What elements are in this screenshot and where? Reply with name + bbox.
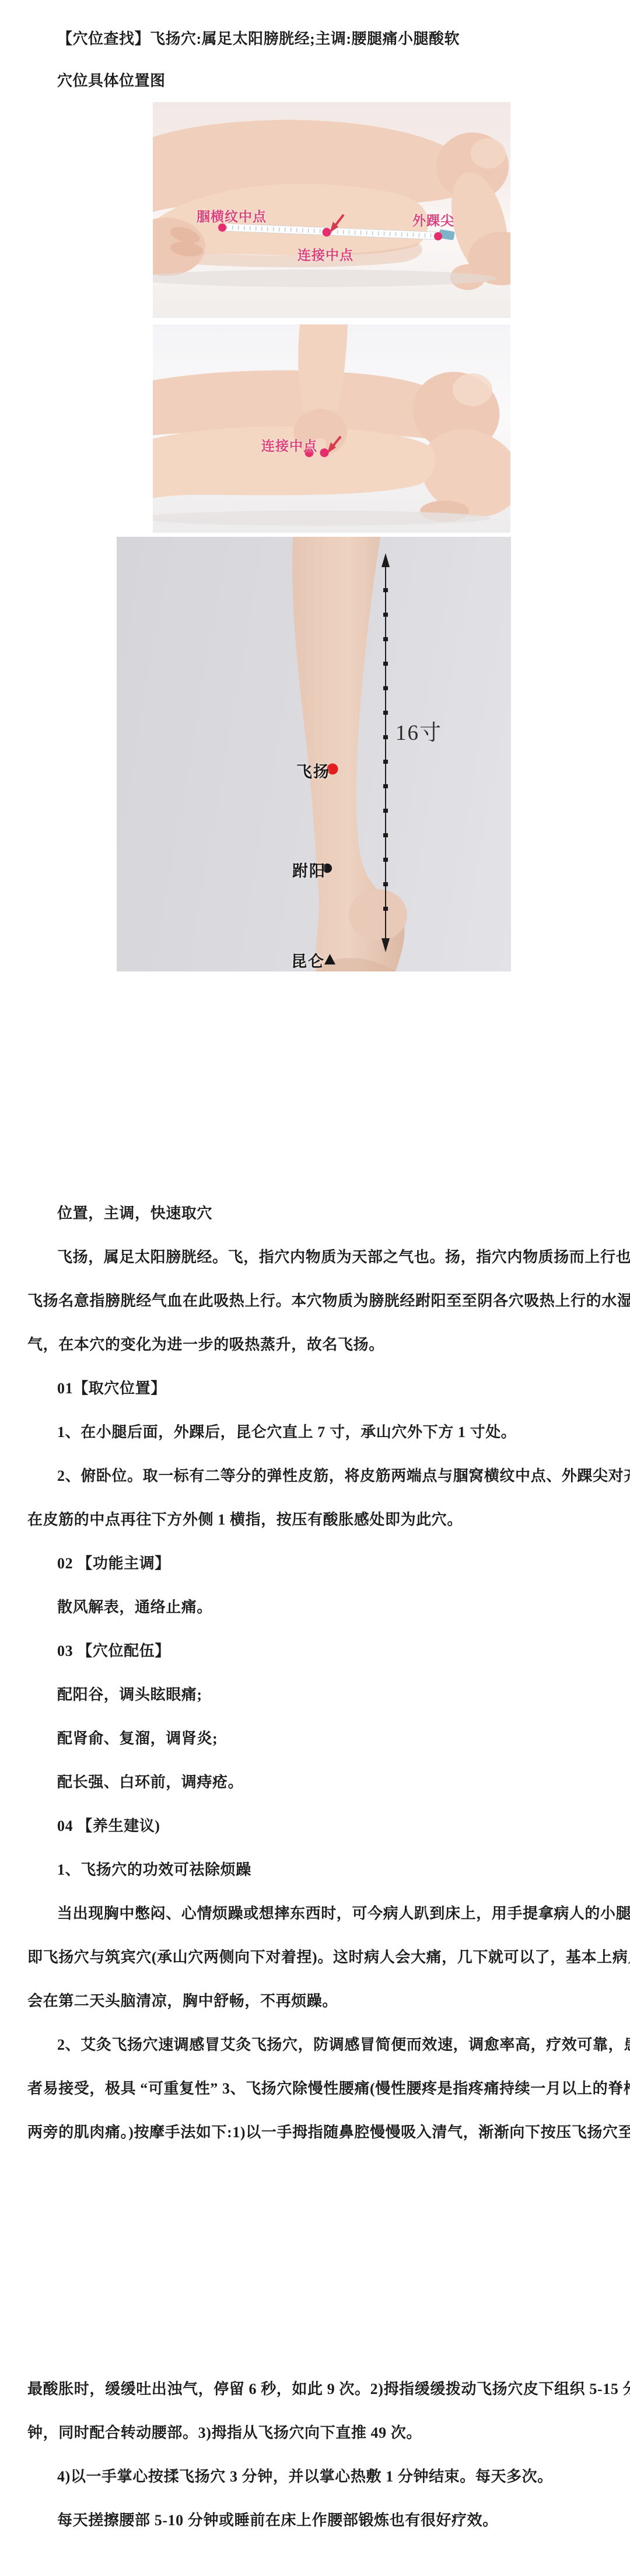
article-line: 配长强、白环前，调痔疮。: [57, 1770, 243, 1792]
article-line: 配肾俞、复溜，调肾炎;: [57, 1726, 218, 1748]
article-line: 02 【功能主调】: [57, 1551, 170, 1573]
figure-standing-leg-acupoints: 飞扬 跗阳 昆仑 16寸: [117, 537, 511, 971]
floor-shadow: [153, 270, 497, 287]
article-line: 配阳谷，调头眩眼痛;: [57, 1683, 202, 1704]
article-line: 1、飞扬穴的功效可祛除烦躁: [57, 1858, 251, 1879]
label-kunlun-point: 昆仑: [291, 949, 325, 971]
article-line: 当出现胸中憋闷、心情烦躁或想摔东西时，可今病人趴到床上，用手提拿病人的小腿肚，: [57, 1902, 630, 1923]
article-line: 每天搓擦腰部 5-10 分钟或睡前在床上作腰部锻炼也有很好疗效。: [57, 2508, 498, 2530]
label-connection-midpoint: 连接中点: [297, 244, 353, 264]
page-title: 【穴位查找】飞扬穴:属足太阳膀胱经;主调:腰腿痛小腿酸软: [57, 27, 460, 48]
article-line: 4)以一手掌心按揉飞扬穴 3 分钟，并以掌心热敷 1 分钟结束。每天多次。: [57, 2465, 553, 2486]
article-line: 会在第二天头脑清凉，胸中舒畅，不再烦躁。: [27, 1989, 338, 2011]
label-popliteal-crease-midpoint: 腘横纹中点: [197, 206, 267, 225]
figure-thumb-pressing-midpoint: 连接中点: [153, 324, 510, 533]
article-line: 飞扬，属足太阳膀胱经。飞，指穴内物质为天部之气也。扬，指穴内物质扬而上行也。: [57, 1245, 630, 1267]
article-line: 在皮筋的中点再往下方外侧 1 横指，按压有酸胀感处即为此穴。: [27, 1508, 463, 1529]
label-16-cun-measure: 16寸: [395, 715, 442, 746]
article-line: 1、在小腿后面，外踝后，昆仑穴直上 7 寸，承山穴外下方 1 寸处。: [57, 1420, 516, 1442]
figure3-illustration: [117, 537, 511, 971]
article-line: 最酸胀时，缓缓吐出浊气，停留 6 秒，如此 9 次。2)拇指缓缓拨动飞扬穴皮下组…: [27, 2377, 630, 2399]
midpoint-dot-right: [320, 449, 329, 457]
figure2-illustration: [153, 324, 510, 533]
figure-leg-tape-measure: 腘横纹中点 外踝尖 连接中点: [153, 102, 510, 318]
floor-shadow: [153, 511, 491, 526]
article-line: 飞扬名意指膀胱经气血在此吸热上行。本穴物质为膀胱经跗阳至至阴各穴吸热上行的水湿之: [27, 1289, 630, 1310]
article-line: 者易接受，极具 “可重复性” 3、飞扬穴除慢性腰痛(慢性腰疼是指疼痛持续一月以上…: [27, 2077, 630, 2098]
article-line: 钟，同时配合转动腰部。3)拇指从飞扬穴向下直推 49 次。: [27, 2421, 422, 2442]
article-line: 04 【养生建议): [57, 1814, 160, 1836]
article-line: 2、艾灸飞扬穴速调感冒艾灸飞扬穴，防调感冒简便而效速，调愈率高，疗效可靠，患: [57, 2033, 630, 2054]
document-page: 【穴位查找】飞扬穴:属足太阳膀胱经;主调:腰腿痛小腿酸软 穴位具体位置图: [0, 0, 630, 2576]
malleolus-dot: [434, 232, 442, 240]
article-line: 即飞扬穴与筑宾穴(承山穴两侧向下对着捏)。这时病人会大痛，几下就可以了，基本上病…: [27, 1945, 630, 1967]
standing-leg-shape: [292, 537, 407, 971]
label-lateral-malleolus-tip: 外踝尖: [412, 210, 454, 229]
label-connection-midpoint-2: 连接中点: [261, 435, 317, 455]
article-line: 2、俯卧位。取一标有二等分的弹性皮筋，将皮筋两端点与腘窝横纹中点、外踝尖对齐，: [57, 1464, 630, 1486]
article-line: 03 【穴位配伍】: [57, 1639, 170, 1661]
label-feiyang-point: 飞扬: [296, 759, 330, 782]
article-line: 位置，主调，快速取穴: [57, 1201, 212, 1223]
article-line: 散风解表，通络止痛。: [57, 1595, 212, 1617]
article-line: 气，在本穴的变化为进一步的吸热蒸升，故名飞扬。: [27, 1333, 384, 1354]
section-heading-position-diagram: 穴位具体位置图: [57, 69, 166, 90]
label-fuyang-point: 跗阳: [292, 858, 326, 881]
connection-midpoint-dot: [323, 228, 331, 237]
article-line: 01【取穴位置】: [57, 1376, 166, 1398]
article-line: 两旁的肌肉痛。)按摩手法如下:1)以一手拇指随鼻腔慢慢吸入清气，渐渐向下按压飞扬…: [27, 2120, 630, 2142]
